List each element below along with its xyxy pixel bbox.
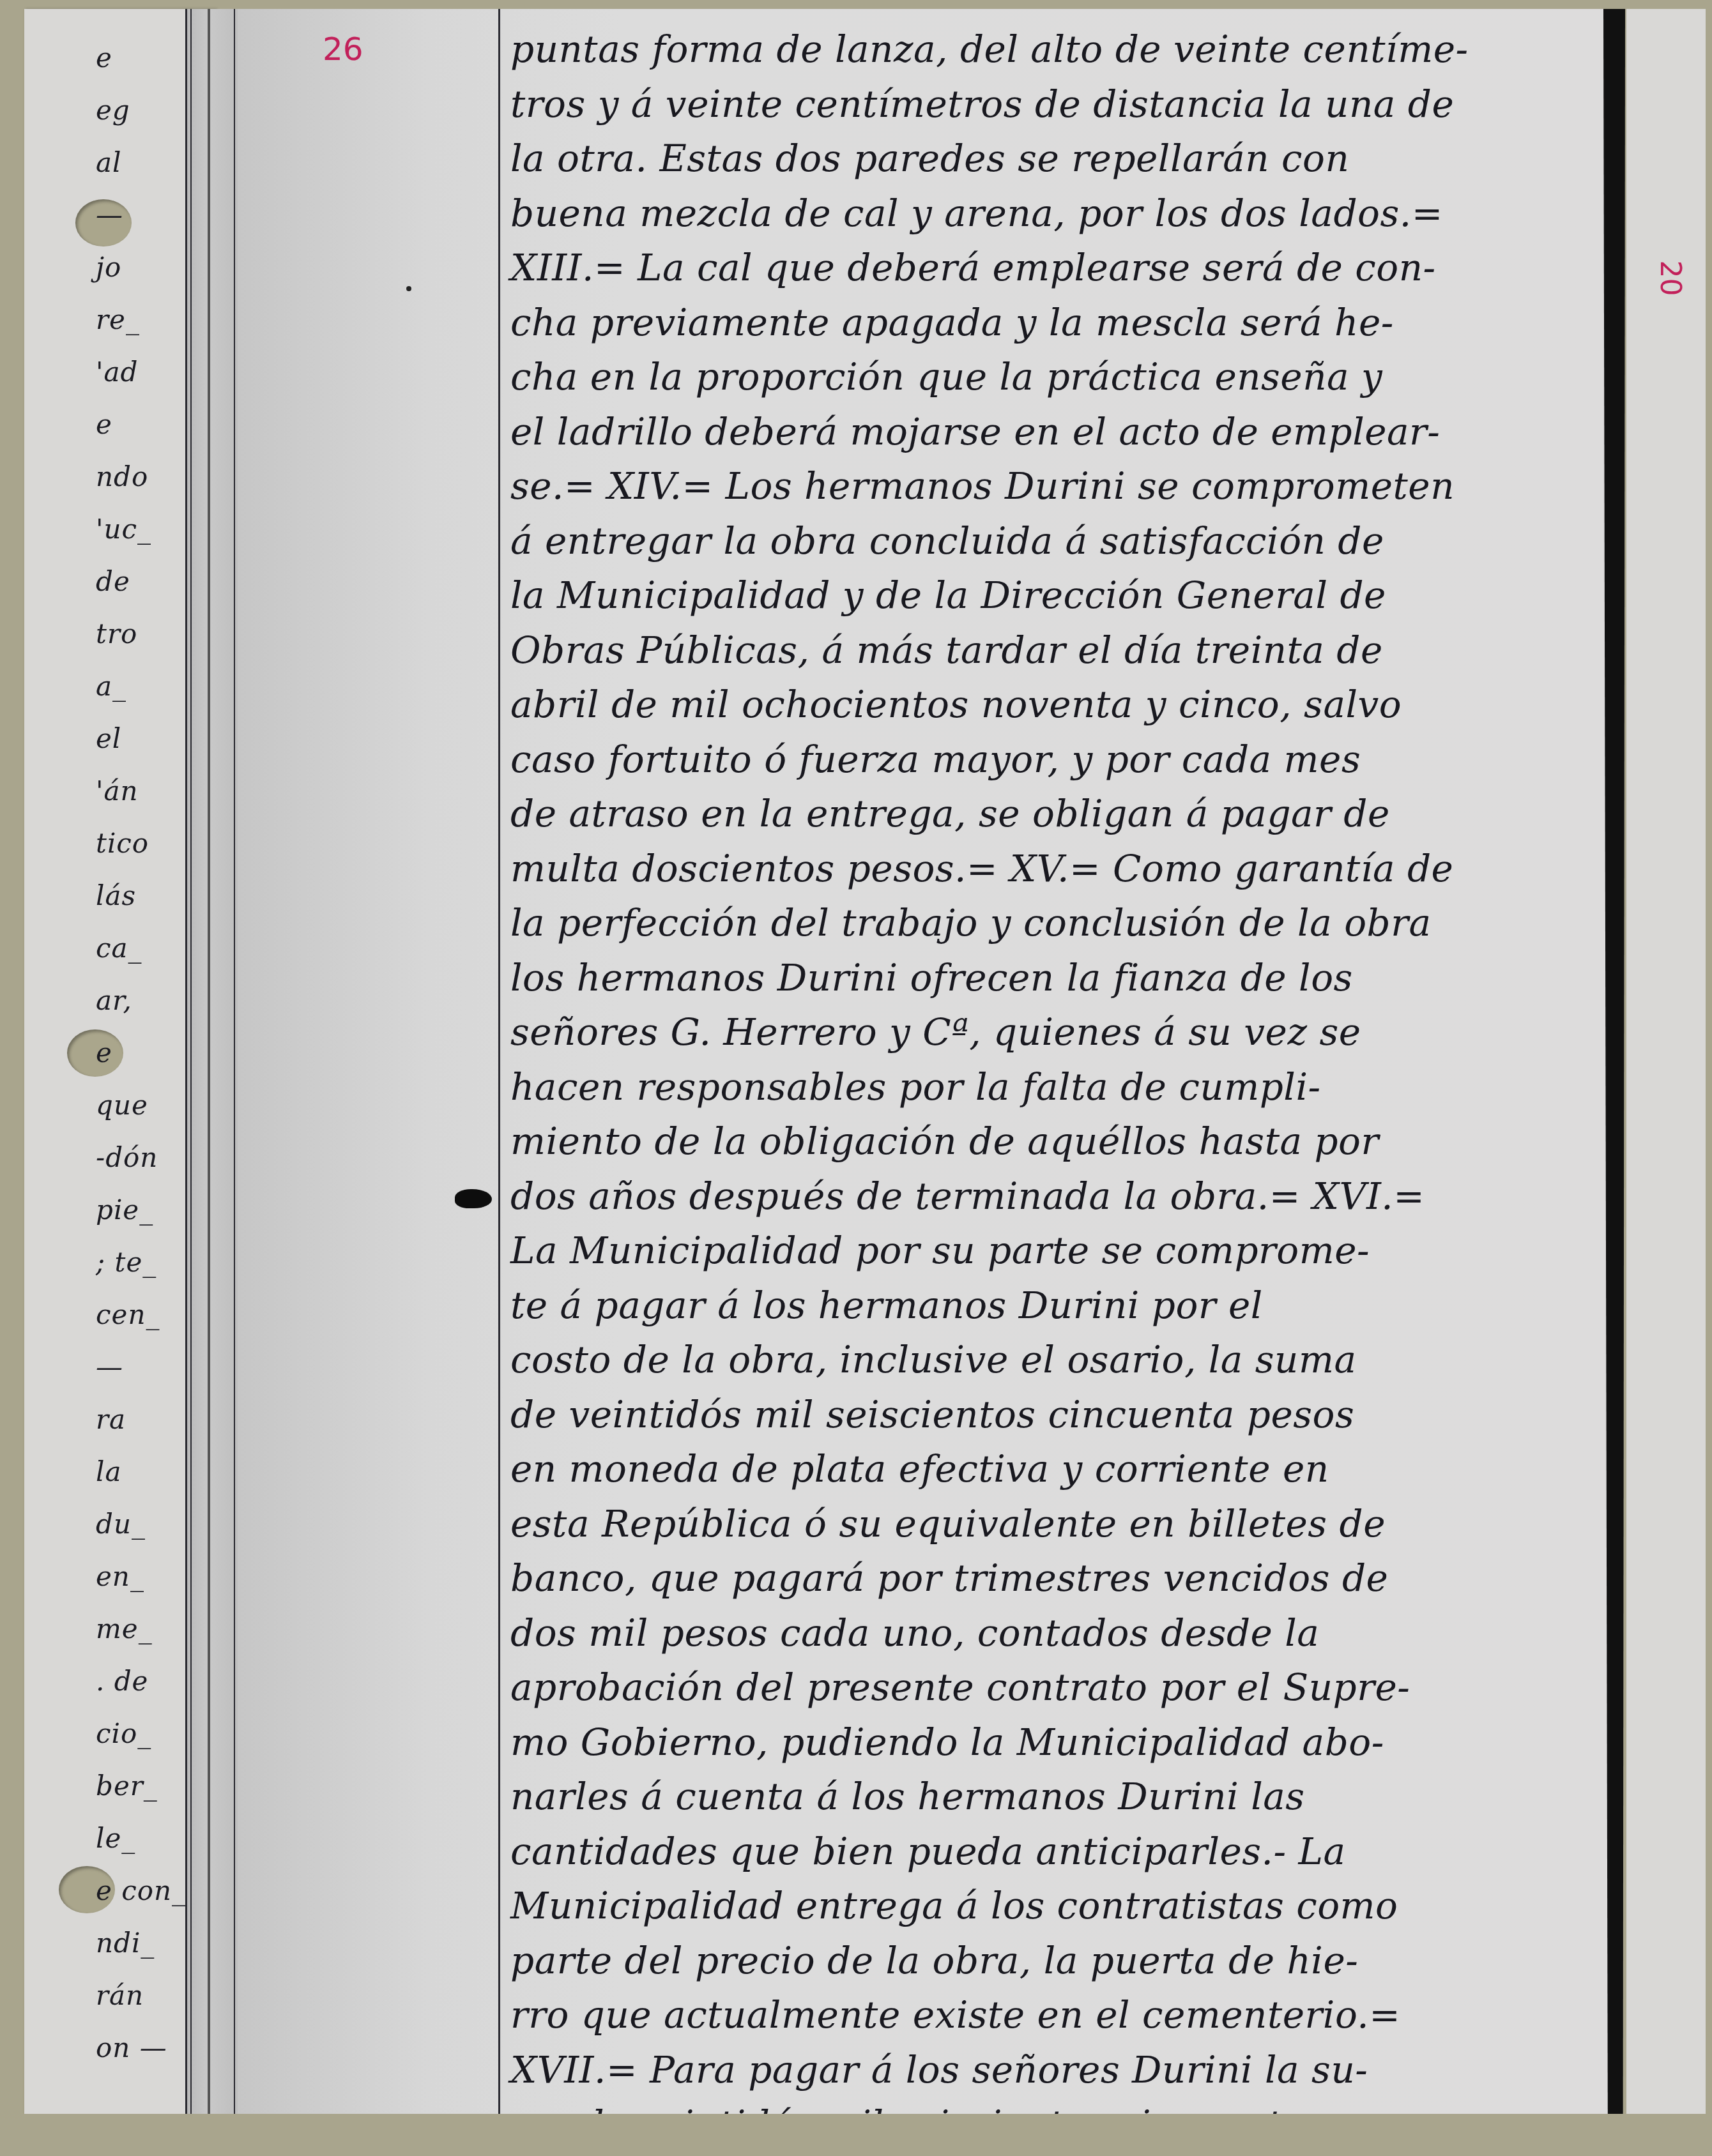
margin-fragment: —	[96, 199, 198, 231]
margin-fragment: 'ad	[96, 356, 198, 388]
margin-fragment: al	[96, 147, 198, 178]
text-line: cha en la proporción que la práctica ens…	[510, 354, 1596, 399]
text-line: puntas forma de lanza, del alto de veint…	[510, 27, 1596, 72]
ink-dot	[406, 286, 411, 291]
text-line: la perfección del trabajo y conclusión d…	[510, 900, 1596, 945]
text-line: de atraso en la entrega, se obligan á pa…	[510, 791, 1596, 836]
text-line: costo de la obra, inclusive el osario, l…	[510, 1337, 1596, 1382]
margin-fragment: e	[96, 1037, 198, 1068]
text-line: en moneda de plata efectiva y corriente …	[510, 1446, 1596, 1491]
text-line: de veintidós mil seiscientos cincuenta p…	[510, 1392, 1596, 1437]
margin-fragment: e con_	[96, 1875, 198, 1906]
text-line: buena mezcla de cal y arena, por los dos…	[510, 191, 1596, 236]
text-line: señores G. Herrero y Cª, quienes á su ve…	[510, 1010, 1596, 1054]
margin-fragment: -dón	[96, 1142, 198, 1173]
text-line: narles á cuenta á los hermanos Durini la…	[510, 1774, 1596, 1819]
margin-fragment: ndo	[96, 461, 198, 492]
margin-fragment: tico	[96, 828, 198, 859]
text-line: te á pagar á los hermanos Durini por el	[510, 1283, 1596, 1328]
text-line: esta República ó su equivalente en bille…	[510, 1501, 1596, 1546]
margin-fragment: du_	[96, 1508, 198, 1540]
margin-fragment: ndi_	[96, 1927, 198, 1959]
margin-fragment: ; te_	[96, 1247, 198, 1278]
text-line: los hermanos Durini ofrecen la fianza de…	[510, 955, 1596, 1000]
margin-fragment: el	[96, 723, 198, 754]
margin-fragment: on —	[96, 2032, 198, 2063]
margin-fragment: eg	[96, 95, 198, 126]
text-line: La Municipalidad por su parte se comprom…	[510, 1228, 1596, 1273]
text-line: abril de mil ochocientos noventa y cinco…	[510, 682, 1596, 727]
margin-fragment: 'án	[96, 775, 198, 807]
text-line: la otra. Estas dos paredes se repellarán…	[510, 136, 1596, 181]
text-line: el ladrillo deberá mojarse en el acto de…	[510, 409, 1596, 454]
text-line: banco, que pagará por trimestres vencido…	[510, 1556, 1596, 1600]
gutter-rule-3	[234, 9, 235, 2114]
handwritten-text-column: puntas forma de lanza, del alto de veint…	[498, 9, 1599, 2114]
text-line: dos años después de terminada la obra.= …	[510, 1174, 1596, 1218]
gutter-rule-1	[185, 9, 187, 2114]
text-line: XVII.= Para pagar á los señores Durini l…	[510, 2047, 1596, 2092]
margin-fragment: cen_	[96, 1299, 198, 1330]
margin-fragment: a_	[96, 671, 198, 702]
gutter-rule-2	[190, 9, 192, 2114]
margin-fragment: ar,	[96, 985, 198, 1016]
ink-blot-mark	[455, 1189, 492, 1208]
text-line: aprobación del presente contrato por el …	[510, 1665, 1596, 1710]
text-line: parte del precio de la obra, la puerta d…	[510, 1938, 1596, 1983]
margin-fragment: pie_	[96, 1194, 198, 1226]
text-line: miento de la obligación de aquéllos hast…	[510, 1119, 1596, 1164]
text-line: la Municipalidad y de la Dirección Gener…	[510, 573, 1596, 618]
margin-fragment: de	[96, 566, 198, 597]
margin-fragment: me_	[96, 1613, 198, 1644]
margin-fragment: lás	[96, 880, 198, 911]
text-line: tros y á veinte centímetros de distancia…	[510, 82, 1596, 126]
text-line: á entregar la obra concluida á satisfacc…	[510, 519, 1596, 563]
margin-fragment: e	[96, 409, 198, 440]
page-number-folio: 26	[323, 31, 363, 68]
text-line: rro que actualmente existe en el cemente…	[510, 1993, 1596, 2037]
margin-fragment: la	[96, 1456, 198, 1487]
text-line: cantidades que bien pueda anticiparles.-…	[510, 1829, 1596, 1874]
margin-fragment: re_	[96, 304, 198, 335]
margin-fragment: ra	[96, 1404, 198, 1435]
margin-fragment: . de	[96, 1666, 198, 1697]
page-number-side: 20	[1654, 261, 1686, 296]
text-line: caso fortuito ó fuerza mayor, y por cada…	[510, 737, 1596, 782]
margin-fragment: que	[96, 1089, 198, 1121]
text-line: mo Gobierno, pudiendo la Municipalidad a…	[510, 1720, 1596, 1765]
margin-fragment: tro	[96, 618, 198, 649]
margin-fragment: ca_	[96, 932, 198, 964]
text-line: dos mil pesos cada uno, contados desde l…	[510, 1611, 1596, 1655]
margin-fragment: rán	[96, 1980, 198, 2011]
margin-fragment: —	[96, 1351, 198, 1383]
text-line: Obras Públicas, á más tardar el día trei…	[510, 628, 1596, 672]
background-edge	[0, 2114, 1712, 2156]
margin-fragment: 'uc_	[96, 513, 198, 545]
text-line: Municipalidad entrega á los contratistas…	[510, 1883, 1596, 1928]
text-line: cha previamente apagada y la mescla será…	[510, 300, 1596, 345]
text-line: multa doscientos pesos.= XV.= Como garan…	[510, 846, 1596, 891]
text-line: XIII.= La cal que deberá emplearse será …	[510, 245, 1596, 290]
margin-fragment: cio_	[96, 1718, 198, 1749]
margin-fragment: ber_	[96, 1770, 198, 1802]
page-fold-line	[208, 9, 210, 2114]
margin-fragment: e	[96, 42, 198, 73]
text-line: se.= XIV.= Los hermanos Durini se compro…	[510, 464, 1596, 508]
margin-fragment: en_	[96, 1561, 198, 1592]
margin-fragment: le_	[96, 1823, 198, 1854]
text-line: hacen responsables por la falta de cumpl…	[510, 1065, 1596, 1109]
margin-fragment: jo	[96, 252, 198, 283]
right-page-strip	[1626, 9, 1706, 2114]
